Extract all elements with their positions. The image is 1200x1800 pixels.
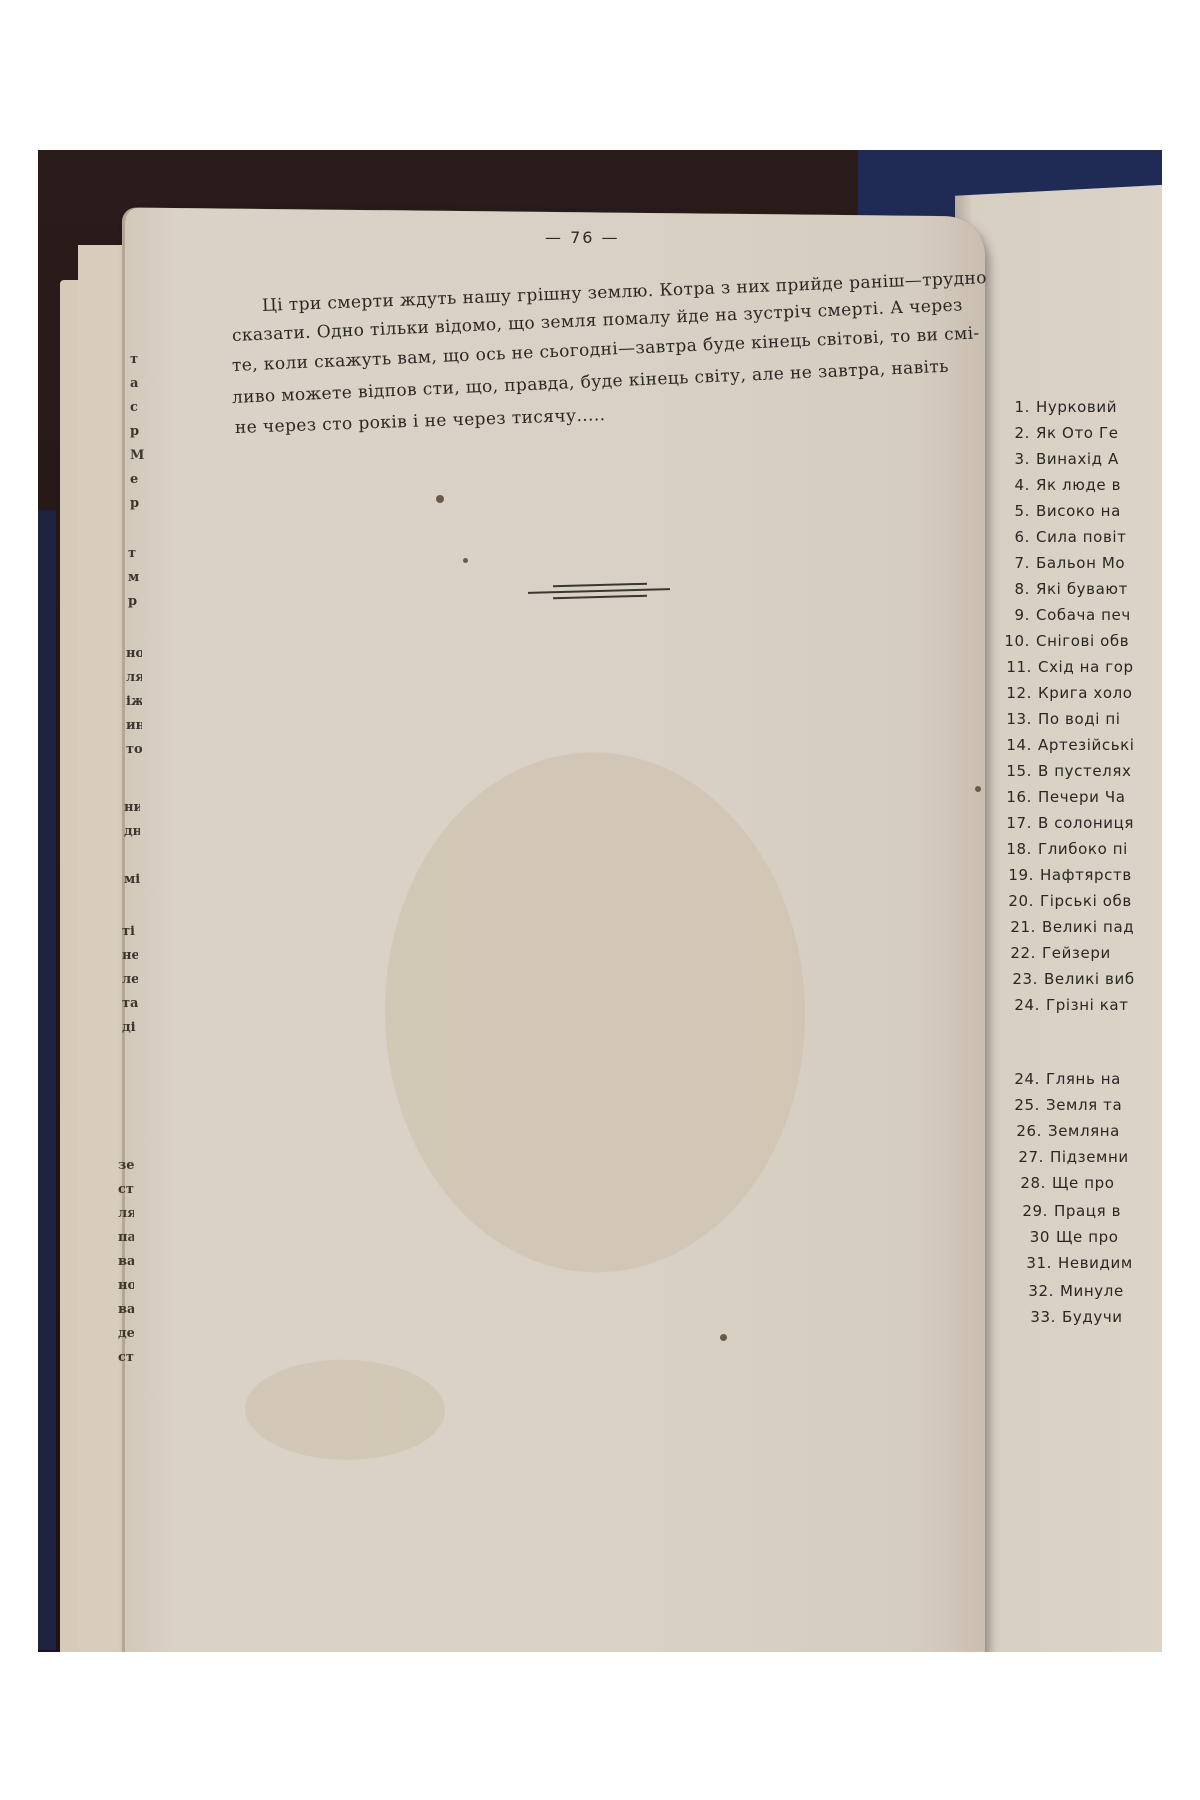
toc-item-number: 18. [1002,840,1032,858]
blue-cloth-left-edge [38,510,56,1650]
toc-item: 22.Гейзери [1006,944,1111,962]
left-page-fragment: ва [118,1254,134,1269]
toc-item-number: 23. [1008,970,1038,988]
toc-item-title: Сила повіт [1036,528,1127,546]
left-page-fragment: па [118,1230,134,1245]
left-page-fragment: но [126,646,142,661]
left-page-fragment: сте [118,1350,134,1365]
left-page-fragment: ті [122,924,138,939]
toc-item-title: Печери Ча [1038,788,1126,806]
toc-item-title: Глибоко пі [1038,840,1128,858]
left-page-fragment: мі [124,872,140,887]
left-page-fragment: зе [118,1158,134,1173]
toc-item: 32.Минуле [1024,1282,1124,1300]
toc-item-title: Снігові обв [1036,632,1129,650]
toc-item-title: Невидим [1058,1254,1133,1272]
toc-item: 29.Праця в [1018,1202,1121,1220]
ink-speck [463,558,468,563]
toc-item-title: Собача печ [1036,606,1131,624]
toc-item-title: Високо на [1036,502,1121,520]
toc-item-title: Будучи [1062,1308,1123,1326]
toc-item-title: Земля та [1046,1096,1122,1114]
toc-item-number: 9. [1000,606,1030,624]
paper-stain [245,1359,445,1461]
toc-item-title: Як Ото Ге [1036,424,1119,442]
left-page-fragment: ді [122,1020,138,1035]
left-page-fragment: дн [124,824,140,839]
toc-item-number: 20. [1004,892,1034,910]
toc-item: 17.В солониця [1002,814,1134,832]
left-page-fragment: М [130,448,146,463]
toc-item-title: Ще про [1056,1228,1119,1246]
toc-item: 21.Великі пад [1006,918,1134,936]
left-page-fragment: т [128,546,144,561]
left-page-fragment: іж [126,694,142,709]
toc-item: 6.Сила повіт [1000,528,1127,546]
toc-item: 31.Невидим [1022,1254,1133,1272]
toc-item: 26.Земляна [1012,1122,1120,1140]
left-page-fragment: то [126,742,142,757]
toc-item-title: Земляна [1048,1122,1120,1140]
toc-item-title: По воді пі [1038,710,1121,728]
toc-item: 7.Бальон Мо [1000,554,1125,572]
toc-item: 28.Ще про [1016,1174,1115,1192]
toc-item-title: Ще про [1052,1174,1115,1192]
toc-item-number: 10. [1000,632,1030,650]
toc-item-number: 3. [1000,450,1030,468]
toc-item-number: 15. [1002,762,1032,780]
toc-item-number: 12. [1002,684,1032,702]
toc-item: 20.Гірські обв [1004,892,1132,910]
toc-item-title: Підземни [1050,1148,1129,1166]
toc-item: 14.Артезійські [1002,736,1135,754]
toc-item-title: Гірські обв [1040,892,1132,910]
toc-item: 9.Собача печ [1000,606,1131,624]
toc-item-number: 2. [1000,424,1030,442]
ink-speck [436,495,444,503]
toc-item: 33.Будучи [1026,1308,1123,1326]
toc-item-number: 28. [1016,1174,1046,1192]
left-page-fragment: не [122,948,138,963]
left-page-fragment: но [118,1278,134,1293]
toc-item-number: 17. [1002,814,1032,832]
toc-item-title: В пустелях [1038,762,1131,780]
toc-item-number: 6. [1000,528,1030,546]
toc-item-title: Грізні кат [1046,996,1129,1014]
left-page-fragment: е [130,472,146,487]
toc-item: 3.Винахід А [1000,450,1119,468]
toc-item-number: 7. [1000,554,1030,572]
table-of-contents: 1.Нурковий2.Як Ото Ге3.Винахід А4.Як люд… [1000,398,1162,1338]
left-page-fragment: ля [118,1206,134,1221]
toc-item: 23.Великі виб [1008,970,1135,988]
paper-stain [385,750,805,1274]
toc-item-title: Глянь на [1046,1070,1121,1088]
toc-item: 4.Як люде в [1000,476,1121,494]
toc-item: 25.Земля та [1010,1096,1122,1114]
toc-item-number: 33. [1026,1308,1056,1326]
left-page-fragment: ст [118,1182,134,1197]
toc-item-title: Бальон Мо [1036,554,1125,572]
toc-item: 2.Як Ото Ге [1000,424,1119,442]
toc-item: 27.Підземни [1014,1148,1129,1166]
toc-item: 13.По воді пі [1002,710,1121,728]
toc-item: 1.Нурковий [1000,398,1117,416]
toc-item: 10.Снігові обв [1000,632,1129,650]
toc-item-number: 25. [1010,1096,1040,1114]
toc-item-number: 26. [1012,1122,1042,1140]
toc-item: 19.Нафтярств [1004,866,1132,884]
toc-item: 11.Схід на гор [1002,658,1134,676]
toc-item-title: Винахід А [1036,450,1119,468]
toc-item: 5.Високо на [1000,502,1121,520]
toc-item-number: 27. [1014,1148,1044,1166]
toc-item-number: 14. [1002,736,1032,754]
left-page-fragment: ля [126,670,142,685]
toc-item-title: Як люде в [1036,476,1121,494]
page-number: — 76 — [545,228,620,247]
toc-item-title: Крига холо [1038,684,1133,702]
left-page-fragment: ин [126,718,142,733]
toc-item: 18.Глибоко пі [1002,840,1128,858]
toc-item-title: Артезійські [1038,736,1135,754]
toc-item-number: 11. [1002,658,1032,676]
left-page-fragment: ни [124,800,140,815]
toc-item-number: 13. [1002,710,1032,728]
toc-item-number: 31. [1022,1254,1052,1272]
toc-item-number: 8. [1000,580,1030,598]
left-page-fragment: с [130,400,146,415]
toc-item: 15.В пустелях [1002,762,1131,780]
toc-item-number: 29. [1018,1202,1048,1220]
toc-item-number: 21. [1006,918,1036,936]
left-page-fragment: а [130,376,146,391]
left-page-fragment: р [130,424,146,439]
left-page-fragment: м [128,570,144,585]
toc-item-number: 24. [1010,1070,1040,1088]
toc-item: 12.Крига холо [1002,684,1133,702]
toc-item-number: 4. [1000,476,1030,494]
left-page-fragment: та [122,996,138,1011]
toc-item-title: В солониця [1038,814,1134,832]
left-page-fragment: р [128,594,144,609]
toc-item-number: 1. [1000,398,1030,416]
toc-item-number: 5. [1000,502,1030,520]
toc-item-title: Гейзери [1042,944,1111,962]
ink-speck [720,1334,727,1341]
ink-speck [975,786,981,792]
toc-item: 24.Грізні кат [1010,996,1129,1014]
left-page-fragment: ва [118,1302,134,1317]
toc-item-title: Нурковий [1036,398,1117,416]
toc-item-title: Схід на гор [1038,658,1134,676]
left-page-fragment: ле [122,972,138,987]
left-page-fragment: р [130,496,146,511]
toc-item-title: Праця в [1054,1202,1121,1220]
toc-item: 30Ще про [1020,1228,1119,1246]
toc-item: 24.Глянь на [1010,1070,1121,1088]
toc-item-title: Великі виб [1044,970,1135,988]
left-page-fragment: т [130,352,146,367]
toc-item-number: 19. [1004,866,1034,884]
toc-item-title: Минуле [1060,1282,1124,1300]
toc-item-number: 30 [1020,1228,1050,1246]
toc-item: 8.Які бувают [1000,580,1128,598]
toc-item-title: Які бувают [1036,580,1128,598]
toc-item-number: 24. [1010,996,1040,1014]
toc-item-title: Нафтярств [1040,866,1132,884]
left-page-fragment: де [118,1326,134,1341]
toc-item: 16.Печери Ча [1002,788,1126,806]
toc-item-number: 22. [1006,944,1036,962]
toc-item-title: Великі пад [1042,918,1134,936]
toc-item-number: 32. [1024,1282,1054,1300]
toc-item-number: 16. [1002,788,1032,806]
